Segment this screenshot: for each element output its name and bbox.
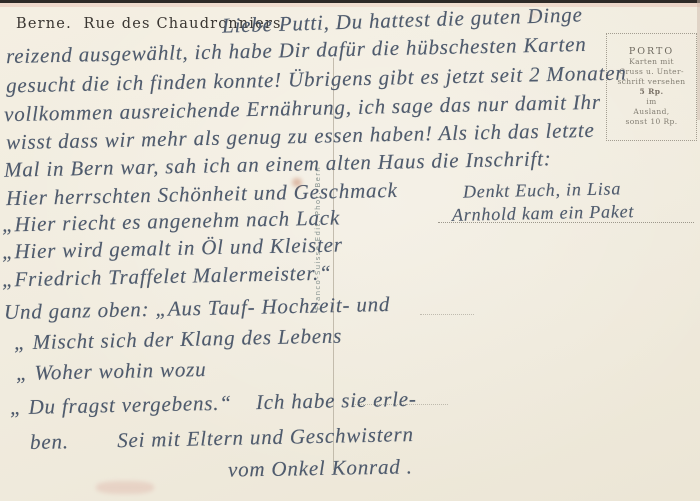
handwriting-line: „Friedrich Traffelet Malermeister.“: [2, 261, 332, 293]
handwriting-line: „ Du fragst vergebens.“ Ich habe sie erl…: [10, 387, 417, 421]
stamp-box-line: Karten mit: [629, 57, 674, 67]
stamp-box: PORTO Karten mit Gruss u. Unter- schrift…: [606, 33, 697, 141]
handwriting-side-note: Denkt Euch, in Lisa: [463, 178, 622, 202]
paper-stain: [530, 12, 538, 18]
stamp-box-line: sonst 10 Rp.: [625, 117, 677, 127]
stamp-box-line: PORTO: [629, 47, 674, 57]
scan-edge-tint: [0, 3, 700, 7]
postcard-back: Berne. Rue des Chaudronniers PORTO Karte…: [0, 0, 700, 501]
stamp-box-line: Ausland,: [633, 107, 669, 117]
stamp-box-line: schrift versehen: [617, 77, 685, 87]
paper-stain: [96, 481, 154, 494]
handwriting-line: „ Woher wohin wozu: [16, 357, 207, 386]
handwriting-line: „ Mischt sich der Klang des Lebens: [14, 324, 343, 356]
stamp-box-line: Gruss u. Unter-: [619, 67, 684, 77]
handwriting-signature: vom Onkel Konrad .: [228, 454, 413, 482]
paper-stain: [292, 178, 302, 187]
handwriting-line: „Hier wird gemalt in Öl und Kleister: [2, 232, 343, 264]
address-dotted-line: [420, 314, 474, 315]
stamp-box-line: 5 Rp.: [640, 87, 664, 97]
stamp-box-line: im: [646, 97, 656, 107]
handwriting-line: ben. Sei mit Eltern und Geschwistern: [30, 422, 414, 455]
handwriting-side-note: Arnhold kam ein Paket: [452, 201, 635, 226]
